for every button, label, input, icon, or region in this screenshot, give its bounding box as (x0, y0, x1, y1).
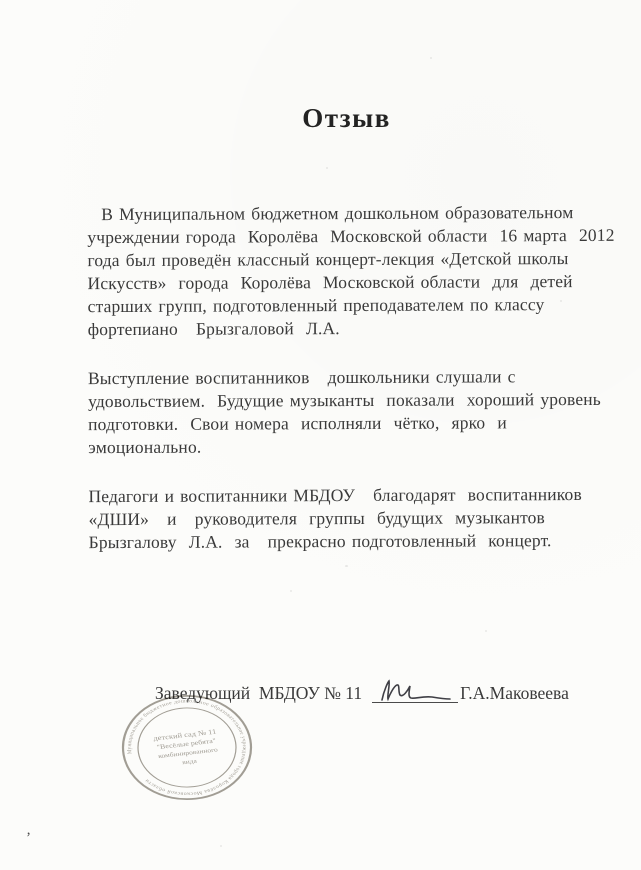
text-line: Брызгалову Л.А. за прекрасно подготовлен… (89, 529, 619, 554)
text-line: удовольствием. Будущие музыканты показал… (88, 388, 618, 413)
scan-speck (560, 300, 562, 302)
signature-name: Г.А.Маковеева (460, 682, 569, 705)
text-line: подготовки. Свои номера исполняли чётко,… (88, 411, 618, 436)
text-line: Выступление воспитанников дошкольники сл… (88, 365, 618, 390)
scan-speck (345, 565, 348, 567)
paragraph-2: Выступление воспитанников дошкольники сл… (88, 365, 618, 459)
scan-artifact-mark: ’ (26, 830, 31, 847)
text-line: старших групп, подготовленный преподават… (88, 293, 618, 318)
text-line: фортепиано Брызгаловой Л.А. (88, 316, 618, 341)
scan-speck (220, 845, 222, 847)
scan-speck (120, 520, 122, 522)
text-line: В Муниципальном бюджетном дошкольном обр… (87, 201, 617, 226)
text-line: эмоционально. (88, 434, 618, 459)
stamp-center-line: вида (182, 758, 198, 766)
scan-speck (290, 590, 292, 592)
signature-line (372, 680, 458, 703)
text-line: учреждении города Королёва Московской об… (87, 224, 617, 249)
document-body: В Муниципальном бюджетном дошкольном обр… (87, 201, 619, 580)
paragraph-3: Педагоги и воспитанники МБДОУ благодарят… (88, 483, 618, 554)
document-title: Отзыв (26, 103, 641, 134)
scan-speck (430, 57, 432, 59)
official-stamp: Муниципальное бюджетное дошкольное образ… (117, 691, 257, 804)
stamp-seal-icon: Муниципальное бюджетное дошкольное образ… (117, 691, 257, 804)
handwritten-signature-icon (376, 676, 454, 706)
scan-speck (326, 167, 328, 169)
text-line: Педагоги и воспитанники МБДОУ благодарят… (88, 483, 618, 508)
text-line: года был проведён классный концерт-лекци… (87, 247, 617, 272)
paragraph-1: В Муниципальном бюджетном дошкольном обр… (87, 201, 618, 341)
scanned-document-page: Отзыв В Муниципальном бюджетном дошкольн… (0, 0, 641, 870)
scan-speck (485, 630, 487, 632)
text-line: «ДШИ» и руководителя группы будущих музы… (89, 506, 619, 531)
text-line: Искусств» города Королёва Московской обл… (87, 270, 617, 295)
